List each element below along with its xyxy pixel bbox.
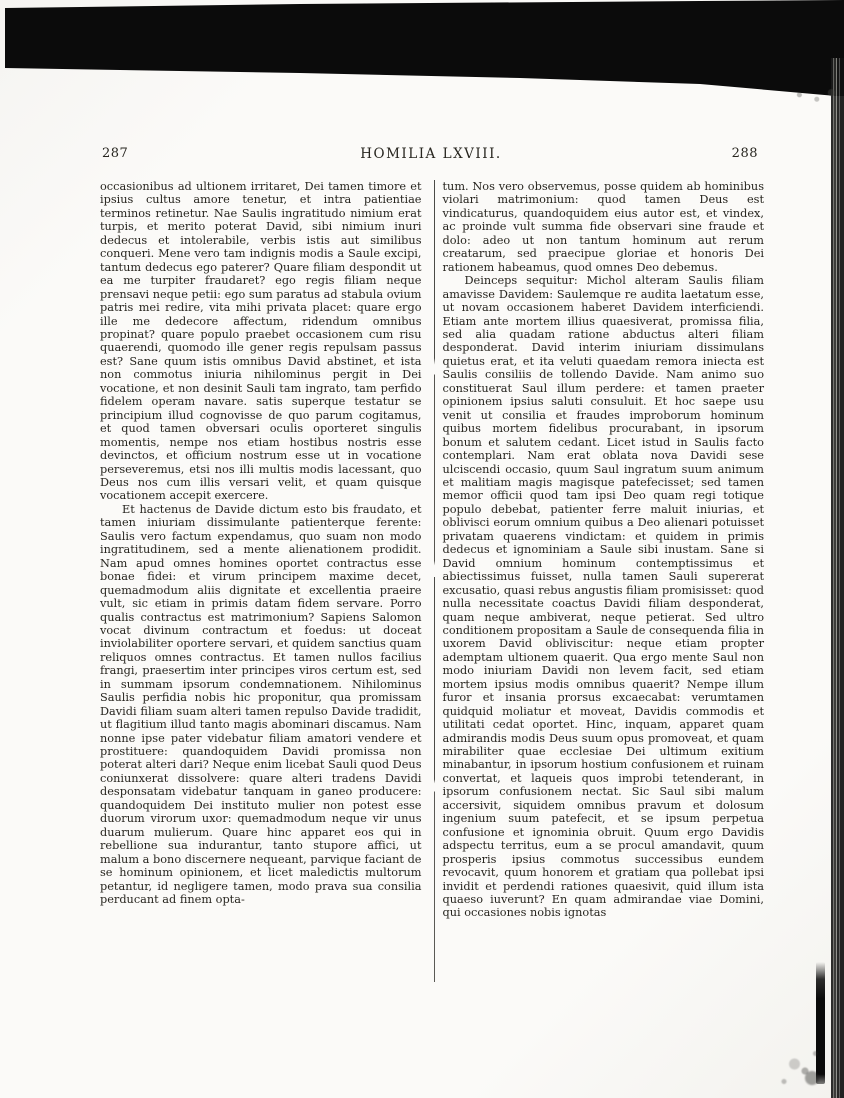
scan-artifact-top-noise xyxy=(782,86,840,108)
page-number-right: 288 xyxy=(732,146,758,161)
right-column: tum. Nos vero observemus, posse quidem a… xyxy=(443,180,765,990)
left-column-paragraph: occasionibus ad ultionem irritaret, Dei … xyxy=(100,180,422,503)
body-text: occasionibus ad ultionem irritaret, Dei … xyxy=(100,180,764,990)
scan-artifact-top-bar xyxy=(0,0,844,96)
page-title: HOMILIA LXVIII. xyxy=(100,146,762,162)
right-column-paragraph: tum. Nos vero observemus, posse quidem a… xyxy=(443,180,765,274)
scanned-book-page: 287 HOMILIA LXVIII. 288 occasionibus ad … xyxy=(0,0,844,1098)
running-head: 287 HOMILIA LXVIII. 288 xyxy=(100,146,762,166)
right-column-paragraph: Deinceps sequitur: Michol alteram Saulis… xyxy=(443,274,765,920)
column-divider-rule xyxy=(434,180,435,990)
scan-artifact-corner-noise xyxy=(756,1022,826,1092)
left-column-paragraph: Et hactenus de Davide dictum esto bis fr… xyxy=(100,503,422,907)
scan-artifact-gutter-strip xyxy=(831,58,844,1098)
left-column: occasionibus ad ultionem irritaret, Dei … xyxy=(100,180,422,990)
